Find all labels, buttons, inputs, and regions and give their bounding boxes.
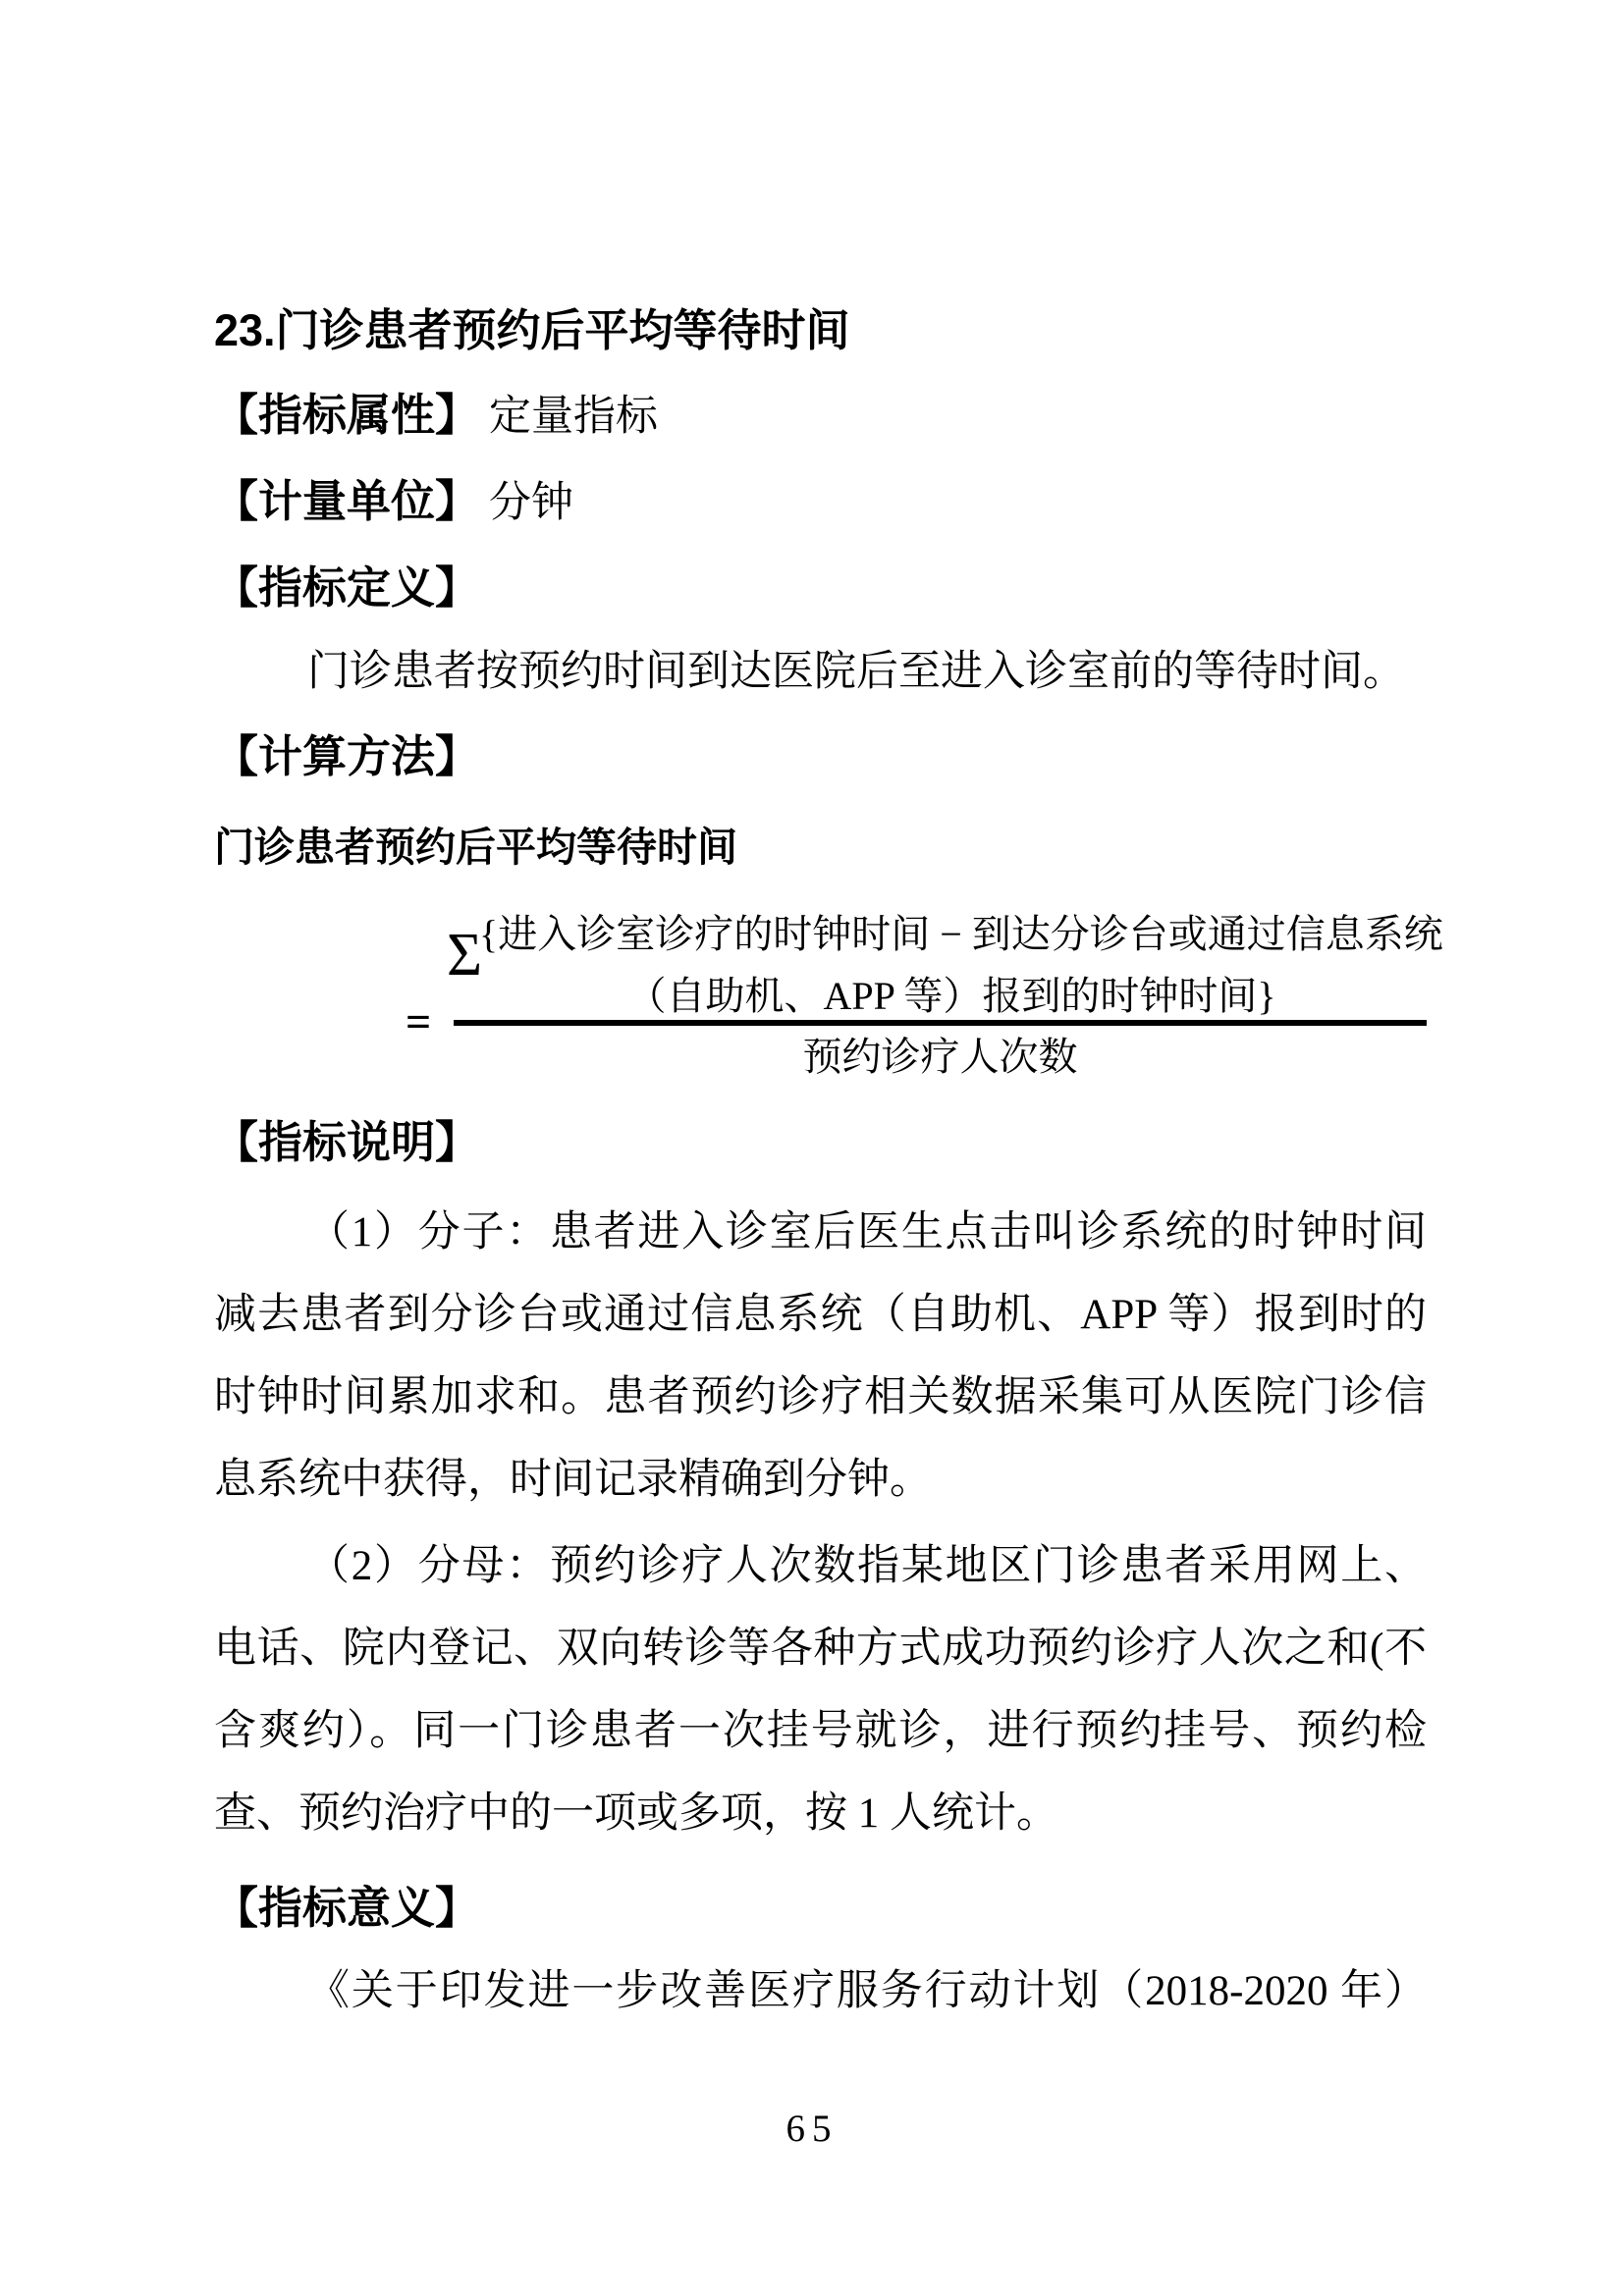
paragraph-line: 减去患者到分诊台或通过信息系统（自助机、APP 等）报到时的: [214, 1274, 1427, 1357]
formula-numerator: {进入诊室诊疗的时钟时间 − 到达分诊台或通过信息系统 （自助机、APP 等）报…: [479, 903, 1424, 1027]
section-heading: 23.门诊患者预约后平均等待时间: [214, 289, 1427, 373]
paragraph-line: 电话、院内登记、双向转诊等各种方式成功预约诊疗人次之和(不: [214, 1608, 1427, 1690]
fraction-bar: [454, 1020, 1427, 1026]
significance-body: 《关于印发进一步改善医疗服务行动计划（2018-2020 年）: [214, 1950, 1427, 2033]
formula-title: 门诊患者预约后平均等待时间: [214, 805, 1427, 889]
significance-label: 【指标意义】: [214, 1866, 1427, 1950]
paragraph-line: 含爽约）。同一门诊患者一次挂号就诊，进行预约挂号、预约检: [214, 1690, 1427, 1773]
definition-body: 门诊患者按预约时间到达医院后至进入诊室前的等待时间。: [214, 630, 1427, 715]
notes-paragraph-2: （2）分母：预约诊疗人次数指某地区门诊患者采用网上、 电话、院内登记、双向转诊等…: [214, 1525, 1427, 1855]
definition-label: 【指标定义】: [214, 546, 1427, 630]
paragraph-line: （2）分母：预约诊疗人次数指某地区门诊患者采用网上、: [214, 1525, 1427, 1608]
equals-sign: =: [406, 999, 431, 1044]
paragraph-line: （1）分子：患者进入诊室后医生点击叫诊系统的时钟时间: [214, 1192, 1427, 1274]
paragraph-line: 查、预约治疗中的一项或多项，按 1 人统计。: [214, 1773, 1427, 1855]
method-label: 【计算方法】: [214, 715, 1427, 799]
attribute-value: 定量指标: [489, 394, 658, 440]
attribute-label: 【指标属性】: [214, 390, 479, 440]
attribute-row: 【指标属性】定量指标: [214, 373, 1427, 459]
notes-paragraph-1: （1）分子：患者进入诊室后医生点击叫诊系统的时钟时间 减去患者到分诊台或通过信息…: [214, 1192, 1427, 1522]
notes-label: 【指标说明】: [214, 1100, 1427, 1185]
formula-numerator-line-1: {进入诊室诊疗的时钟时间 − 到达分诊台或通过信息系统: [479, 903, 1424, 965]
unit-label: 【计量单位】: [214, 476, 479, 526]
unit-row: 【计量单位】分钟: [214, 459, 1427, 546]
formula-denominator: 预约诊疗人次数: [454, 1033, 1427, 1082]
unit-value: 分钟: [489, 480, 573, 526]
formula: = Σ {进入诊室诊疗的时钟时间 − 到达分诊台或通过信息系统 （自助机、APP…: [214, 903, 1427, 1086]
document-page: 23.门诊患者预约后平均等待时间 【指标属性】定量指标 【计量单位】分钟 【指标…: [0, 0, 1624, 2296]
formula-numerator-line-2: （自助机、APP 等）报到的时钟时间}: [479, 965, 1424, 1027]
paragraph-line: 时钟时间累加求和。患者预约诊疗相关数据采集可从医院门诊信: [214, 1357, 1427, 1439]
paragraph-line: 息系统中获得，时间记录精确到分钟。: [214, 1439, 1427, 1522]
sigma-symbol: Σ: [447, 925, 482, 986]
page-number: 65: [0, 2109, 1624, 2150]
